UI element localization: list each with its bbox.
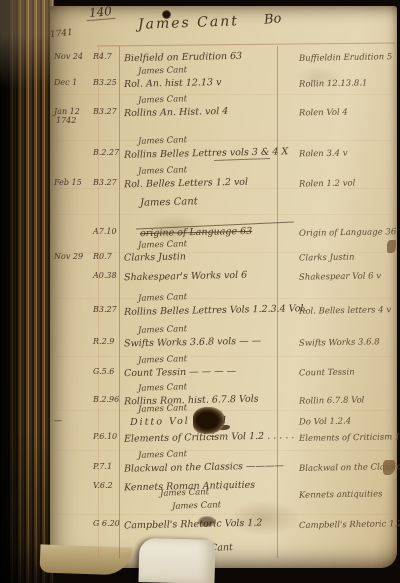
entry-shelfmark: G 6.20 bbox=[93, 519, 123, 528]
section-divider-row: James Cant bbox=[0, 197, 400, 215]
page-number: 140 bbox=[85, 4, 115, 21]
entry-row: Nov 29 R0.7 James Cant Clarks Justin Cla… bbox=[0, 252, 400, 270]
entry-summary: Elements of Criticism 1.2 v bbox=[299, 432, 400, 444]
entry-title: Blackwal on the Classics ———— bbox=[124, 460, 284, 474]
entry-row: B.2.27 James Cant Rollins Belles Lettres… bbox=[0, 148, 400, 166]
page-title-suffix: Bo bbox=[263, 11, 282, 27]
entry-title: Rol. An. hist 12.13 v bbox=[124, 77, 222, 90]
bookmark-tab bbox=[138, 538, 215, 583]
entry-row: A0.38 Shakespear's Works vol 6 Shakespea… bbox=[0, 271, 400, 289]
entry-summary: Kennets antiquities bbox=[299, 489, 383, 500]
entry-owner: James Cant bbox=[138, 354, 187, 366]
entry-owner: James Cant bbox=[160, 487, 209, 499]
entry-title: Rollins Belles Lettres Vols 1.2.3.4 Vol. bbox=[124, 303, 307, 318]
entry-shelfmark: G.5.6 bbox=[93, 367, 123, 376]
divider-signature: James Cant bbox=[140, 196, 198, 209]
entry-shelfmark: B.2.96 bbox=[93, 395, 123, 404]
entry-shelfmark: A0.38 bbox=[93, 271, 123, 280]
entry-summary: Origin of Language 36 bbox=[299, 227, 396, 239]
entry-shelfmark: R.2.9 bbox=[93, 337, 123, 346]
entry-title: Swifts Works 3.6.8 vols — — bbox=[124, 336, 261, 350]
entry-shelfmark: V.6.2 bbox=[93, 481, 123, 490]
entry-title: Shakespear's Works vol 6 bbox=[124, 270, 247, 284]
entry-owner: James Cant bbox=[138, 94, 187, 106]
entry-date: — bbox=[54, 416, 98, 425]
ink-smudge bbox=[198, 516, 216, 527]
entry-shelfmark: P.7.1 bbox=[93, 462, 123, 471]
entry-owner-below: James Cant bbox=[172, 500, 221, 512]
entry-date: Nov 24 bbox=[54, 52, 98, 61]
entry-date: Dec 1 bbox=[54, 78, 98, 87]
row-rule bbox=[56, 356, 394, 357]
entry-owner: James Cant bbox=[138, 135, 187, 147]
entry-summary: Swifts Works 3.6.8 bbox=[299, 337, 380, 348]
entry-owner: James Cant bbox=[138, 65, 187, 77]
entry-shelfmark: A7.10 bbox=[93, 227, 123, 236]
entry-summary: Buffieldin Erudition 5 bbox=[299, 52, 392, 64]
entry-row: Nov 24 R4.7 Bielfield on Erudition 63 Bu… bbox=[0, 52, 400, 70]
entry-shelfmark: B3.27 bbox=[93, 305, 123, 314]
row-rule bbox=[56, 514, 394, 515]
page-edge-tear bbox=[387, 240, 396, 253]
entry-shelfmark: B3.25 bbox=[93, 78, 123, 87]
entry-row: P.7.1 James Cant Blackwal on the Classic… bbox=[0, 462, 400, 480]
entry-shelfmark: B3.27 bbox=[93, 178, 123, 187]
entry-owner: James Cant bbox=[138, 292, 187, 304]
entry-date: Nov 29 bbox=[54, 252, 98, 261]
entry-shelfmark: B.2.27 bbox=[93, 148, 123, 157]
ink-blot-small bbox=[162, 10, 171, 19]
entry-title: Campbell's Rhetoric Vols 1.2 bbox=[124, 518, 263, 532]
entry-summary: Clarks Justin bbox=[299, 253, 355, 264]
entry-shelfmark: R0.7 bbox=[93, 252, 123, 261]
entry-summary: Do Vol 1.2.4 bbox=[299, 417, 351, 428]
entry-row: R.2.9 James Cant Swifts Works 3.6.8 vols… bbox=[0, 337, 400, 355]
entry-owner: James Cant bbox=[138, 449, 187, 461]
entry-row: A7.10 origine of Language 63 Origin of L… bbox=[0, 227, 400, 245]
row-rule bbox=[56, 298, 394, 299]
entry-title: Rol. Belles Letters 1.2 vol bbox=[124, 177, 248, 191]
row-rule bbox=[56, 450, 394, 451]
entry-owner: James Cant bbox=[138, 239, 187, 251]
entry-summary: Shakespear Vol 6 v bbox=[299, 271, 381, 282]
entry-title: Clarks Justin bbox=[124, 251, 186, 263]
entry-row: Feb 15 B3.27 James Cant Rol. Belles Lett… bbox=[0, 178, 400, 196]
ledger-photo: 140 James Cant Bo 1741 Nov 24 R4.7 Bielf… bbox=[0, 0, 400, 583]
entry-owner: James Cant bbox=[138, 324, 187, 336]
entry-summary: Rollin 12.13.8.1 bbox=[299, 78, 368, 89]
entry-title: Count Tessin — — — — bbox=[124, 366, 236, 379]
entry-row: Jan 12 1742 B3.27 James Cant Rollins An.… bbox=[0, 107, 400, 125]
entry-title: Rollins An. Hist. vol 4 bbox=[124, 106, 228, 119]
entry-summary: Rolen Vol 4 bbox=[299, 108, 348, 119]
entry-row: B3.27 James Cant Rollins Belles Lettres … bbox=[0, 305, 400, 323]
entry-summary: Rolen 3.4 v bbox=[299, 149, 348, 160]
entry-date: Jan 12 bbox=[54, 107, 98, 116]
entry-summary: Rolen 1.2 vol bbox=[299, 179, 355, 190]
entry-owner: James Cant bbox=[138, 403, 187, 415]
entry-shelfmark: B3.27 bbox=[93, 107, 123, 116]
entry-shelfmark: P.6.10 bbox=[93, 432, 123, 441]
row-rule bbox=[56, 140, 394, 141]
entry-summary: Rollin 6.7.8 Vol bbox=[299, 395, 365, 406]
entry-row: V.6.2 Kennets Roman Antiquities James Ca… bbox=[0, 481, 400, 499]
entry-shelfmark: R4.7 bbox=[93, 52, 123, 61]
entry-date-year: 1742 bbox=[56, 116, 76, 125]
entry-row: P.6.10 Elements of Criticism Vol 1.2 . .… bbox=[0, 432, 400, 450]
entry-row: Dec 1 B3.25 James Cant Rol. An. hist 12.… bbox=[0, 78, 400, 96]
entry-date: Feb 15 bbox=[54, 178, 98, 187]
entry-title: Bielfield on Erudition 63 bbox=[124, 51, 242, 64]
entry-summary: Campbell's Rhetoric 1.2 v bbox=[299, 519, 400, 531]
entry-owner: James Cant bbox=[138, 165, 187, 177]
entry-summary: Count Tessin bbox=[299, 368, 355, 379]
entry-owner: James Cant bbox=[138, 382, 187, 394]
entry-row: G.5.6 James Cant Count Tessin — — — — Co… bbox=[0, 367, 400, 385]
entry-summary: Rol. Belles letters 4 v bbox=[299, 305, 391, 317]
